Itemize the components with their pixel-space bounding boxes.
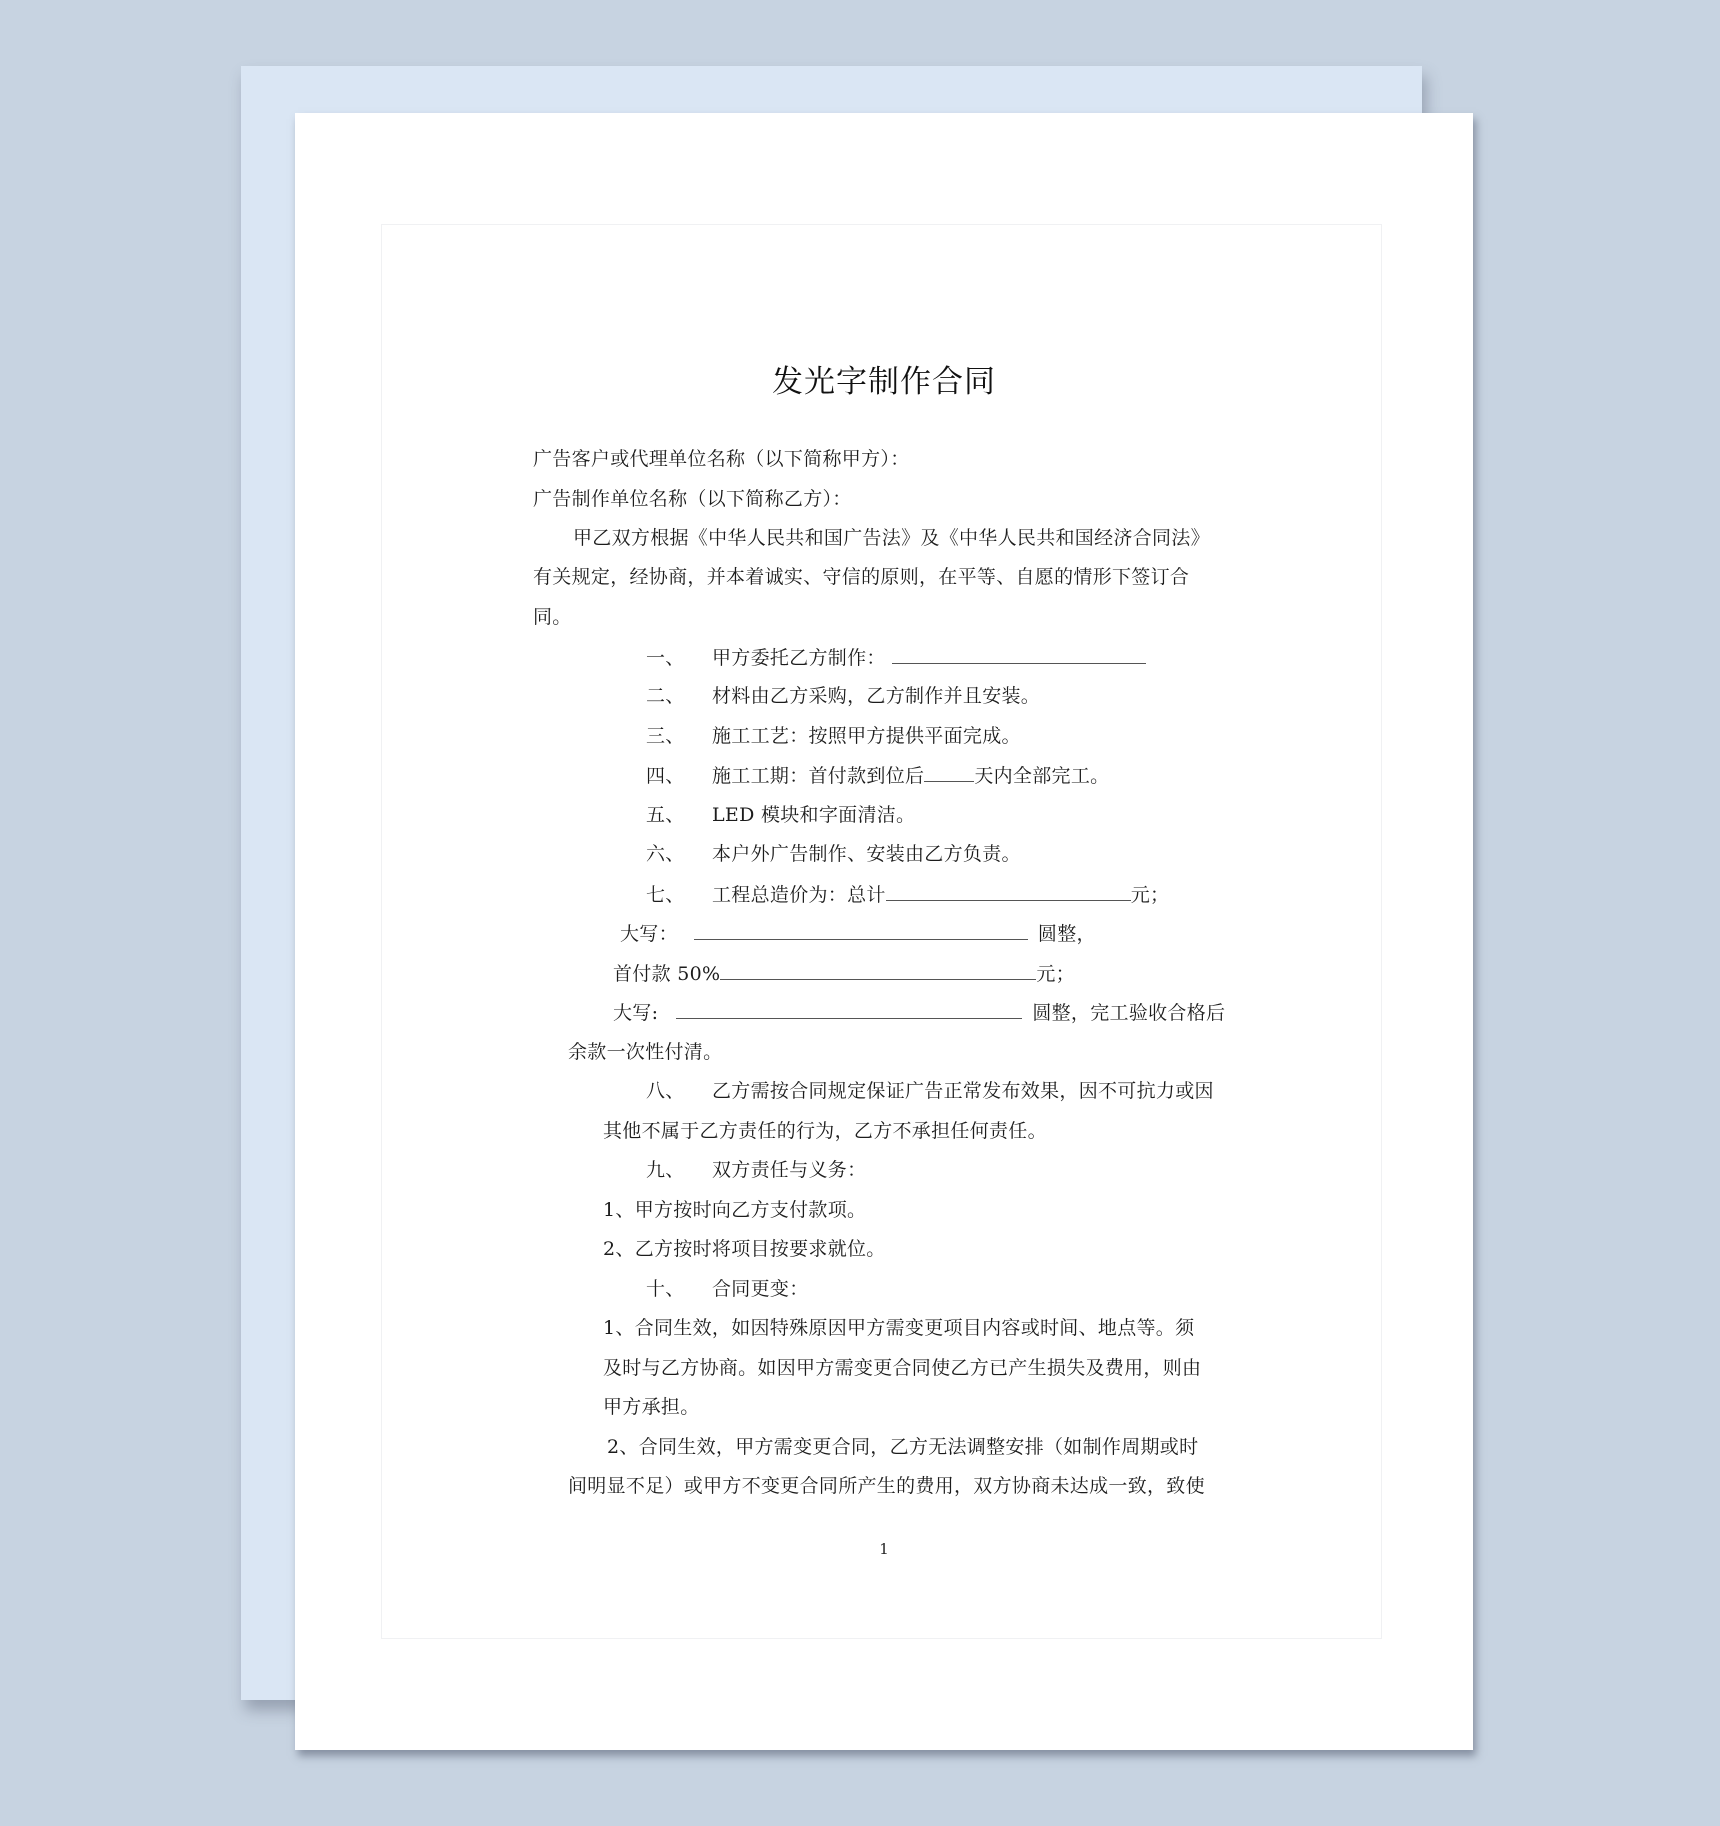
clause-number: 七、: [646, 883, 712, 907]
daxie-line-1: 大写：圆整，: [620, 921, 1096, 946]
document-title: 发光字制作合同: [295, 356, 1473, 401]
clause-9: 九、双方责任与义务：: [646, 1158, 866, 1182]
blank-field-product[interactable]: [892, 645, 1146, 664]
clause-10-item-2-line-1: 2、合同生效，甲方需变更合同，乙方无法调整安排（如制作周期或时: [607, 1435, 1198, 1459]
clause-number: 九、: [646, 1158, 712, 1182]
preamble-line-3: 同。: [533, 605, 572, 629]
blank-field-first-payment-uppercase[interactable]: [676, 1000, 1022, 1019]
daxie-label: 大写：: [620, 923, 678, 945]
daxie-label: 大写:: [613, 1002, 658, 1024]
party-b-line: 广告制作单位名称（以下简称乙方）：: [533, 487, 852, 511]
clause-text: 双方责任与义务：: [712, 1159, 866, 1181]
preamble-line-2: 有关规定，经协商，并本着诚实、守信的原则，在平等、自愿的情形下签订合: [533, 565, 1189, 589]
first-payment-suffix: 元；: [1036, 963, 1075, 985]
blank-field-total-uppercase[interactable]: [694, 921, 1028, 940]
daxie-suffix: 圆整，: [1038, 923, 1096, 945]
clause-7: 七、工程总造价为：总计元；: [646, 882, 1169, 907]
clause-10-item-2-line-2: 间明显不足）或甲方不变更合同所产生的费用，双方协商未达成一致，致使: [568, 1474, 1205, 1498]
clause-8-line-1: 八、乙方需按合同规定保证广告正常发布效果，因不可抗力或因: [646, 1079, 1214, 1103]
blank-field-days[interactable]: [924, 763, 974, 782]
clause-text: 工程总造价为：总计: [712, 884, 886, 906]
clause-number: 十、: [646, 1277, 712, 1301]
clause-10-item-1-line-2: 及时与乙方协商。如因甲方需变更合同使乙方已产生损失及费用，则由: [603, 1356, 1201, 1380]
clause-number: 四、: [646, 764, 712, 788]
clause-8-line-2: 其他不属于乙方责任的行为，乙方不承担任何责任。: [603, 1119, 1047, 1143]
clause-number: 三、: [646, 724, 712, 748]
clause-text: 施工工艺：按照甲方提供平面完成。: [712, 725, 1021, 747]
document-page: 发光字制作合同 广告客户或代理单位名称（以下简称甲方）： 广告制作单位名称（以下…: [295, 113, 1473, 1750]
clause-10: 十、合同更变：: [646, 1277, 809, 1301]
daxie-suffix: 圆整，完工验收合格后: [1032, 1002, 1225, 1024]
clause-9-item-1: 1、甲方按时向乙方支付款项。: [603, 1198, 866, 1222]
clause-text: 材料由乙方采购，乙方制作并且安装。: [712, 685, 1040, 707]
daxie-line-2: 大写:圆整，完工验收合格后: [613, 1000, 1225, 1025]
clause-4: 四、施工工期：首付款到位后天内全部完工。: [646, 763, 1109, 788]
clause-10-item-1-line-1: 1、合同生效，如因特殊原因甲方需变更项目内容或时间、地点等。须: [603, 1316, 1194, 1340]
clause-text: 施工工期：首付款到位后: [712, 765, 924, 787]
clause-text: LED 模块和字面清洁。: [712, 804, 915, 826]
clause-text: 合同更变：: [712, 1278, 809, 1300]
clause-number: 五、: [646, 803, 712, 827]
clause-6: 六、本户外广告制作、安装由乙方负责。: [646, 842, 1021, 866]
clause-suffix: 天内全部完工。: [974, 765, 1109, 787]
clause-5: 五、LED 模块和字面清洁。: [646, 803, 915, 827]
blank-field-first-payment[interactable]: [720, 961, 1036, 980]
clause-suffix: 元；: [1131, 884, 1170, 906]
clause-1: 一、甲方委托乙方制作：: [646, 645, 1146, 670]
clause-number: 一、: [646, 646, 712, 670]
remainder-line: 余款一次性付清。: [568, 1040, 722, 1064]
blank-field-total[interactable]: [886, 882, 1131, 901]
clause-text: 甲方委托乙方制作：: [712, 647, 886, 669]
clause-9-item-2: 2、乙方按时将项目按要求就位。: [603, 1237, 886, 1261]
clause-2: 二、材料由乙方采购，乙方制作并且安装。: [646, 684, 1040, 708]
clause-3: 三、施工工艺：按照甲方提供平面完成。: [646, 724, 1021, 748]
page-number: 1: [295, 1540, 1473, 1558]
clause-text: 本户外广告制作、安装由乙方负责。: [712, 843, 1021, 865]
clause-number: 六、: [646, 842, 712, 866]
party-a-line: 广告客户或代理单位名称（以下简称甲方）：: [533, 447, 910, 471]
preamble-line-1: 甲乙双方根据《中华人民共和国广告法》及《中华人民共和国经济合同法》: [573, 526, 1210, 550]
first-payment-line: 首付款 50%元；: [613, 961, 1075, 986]
clause-number: 二、: [646, 684, 712, 708]
clause-10-item-1-line-3: 甲方承担。: [603, 1395, 700, 1419]
first-payment-label: 首付款 50%: [613, 963, 720, 985]
clause-text: 乙方需按合同规定保证广告正常发布效果，因不可抗力或因: [712, 1080, 1214, 1102]
clause-number: 八、: [646, 1079, 712, 1103]
